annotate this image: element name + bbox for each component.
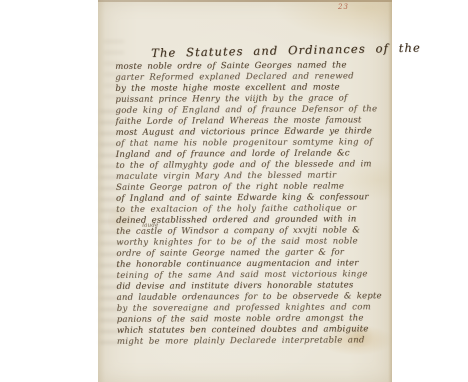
manuscript-line-text: panions of the said moste noble ordre am…: [117, 313, 364, 325]
manuscript-line-text: ordre of sainte George named the garter …: [116, 247, 344, 258]
manuscript-line-text: to the of allmyghty gode and of the bles…: [116, 159, 372, 171]
manuscript-line-text: by the sovereaigne and professed knighte…: [117, 302, 371, 314]
manuscript-body-lines: moste noble ordre of Sainte Georges name…: [115, 60, 383, 348]
manuscript-line-text: garter Reformed explaned Declared and re…: [115, 71, 354, 82]
manuscript-line-text: of Ingland and of sainte Edwarde king & …: [116, 192, 369, 204]
manuscript-line-text: Sainte George patron of the right noble …: [116, 181, 344, 192]
manuscript-line: faithe Lorde of Ireland Whereas the most…: [116, 115, 382, 128]
manuscript-line: garter Reformed explaned Declared and re…: [115, 71, 381, 84]
manuscript-line-text: the honorable continuance augmentacion a…: [116, 258, 358, 269]
manuscript-title-line: The Statutes and Ordinances of the: [115, 41, 381, 61]
manuscript-line-text: to the exaltacion of the holy faithe cat…: [116, 203, 356, 214]
page-number: 23: [338, 3, 349, 11]
manuscript-line-text: Ingland and of fraunce and lorde of Irel…: [116, 148, 350, 159]
manuscript-line-text: faithe Lorde of Ireland Whereas the most…: [116, 115, 362, 127]
manuscript-line-text: which statutes ben conteined doubtes and…: [117, 324, 369, 336]
manuscript-line: panions of the said moste noble ordre am…: [117, 313, 383, 326]
handwritten-text-block: The Statutes and Ordinances of the moste…: [115, 43, 383, 348]
manuscript-line-text: moste noble ordre of Sainte Georges name…: [115, 60, 346, 71]
manuscript-scan: { "page": { "page_number": "23", "backgr…: [0, 0, 468, 382]
manuscript-line-text: worthy knightes for to be of the said mo…: [116, 236, 358, 247]
manuscript-line: to the exaltacion of the holy faithe cat…: [116, 203, 382, 216]
manuscript-page: 23 The Statutes and Ordinances of the mo…: [98, 0, 392, 382]
manuscript-line: of that name his noble progenitour somty…: [116, 137, 382, 150]
manuscript-line-text: by the moste highe moste excellent and m…: [115, 82, 339, 93]
manuscript-line-text: maculate virgin Mary And the blessed mar…: [116, 170, 337, 181]
manuscript-line: Sainte George patron of the right noble …: [116, 181, 382, 194]
interlinear-insertion: laude: [142, 223, 158, 229]
manuscript-line-text: gode king of England and of fraunce Defe…: [115, 104, 377, 116]
manuscript-line-text: of that name his noble progenitour somty…: [116, 137, 373, 149]
manuscript-line: might be more plainly Declarede interpre…: [117, 335, 383, 348]
manuscript-line: ordre of sainte George named the garter …: [116, 247, 382, 260]
manuscript-line: teining of the same And said most victor…: [116, 269, 382, 282]
manuscript-line-text: puissant prince Henry the viijth by the …: [115, 93, 347, 104]
manuscript-line-text: did devise and institute divers honorabl…: [117, 280, 354, 291]
manuscript-line-text: teining of the same And said most victor…: [116, 269, 367, 281]
manuscript-line-text: most August and victorious prince Edward…: [116, 126, 372, 138]
manuscript-line-text: and laudable ordenaunces for to be obser…: [117, 291, 382, 303]
manuscript-line-text: might be more plainly Declarede interpre…: [117, 335, 365, 347]
